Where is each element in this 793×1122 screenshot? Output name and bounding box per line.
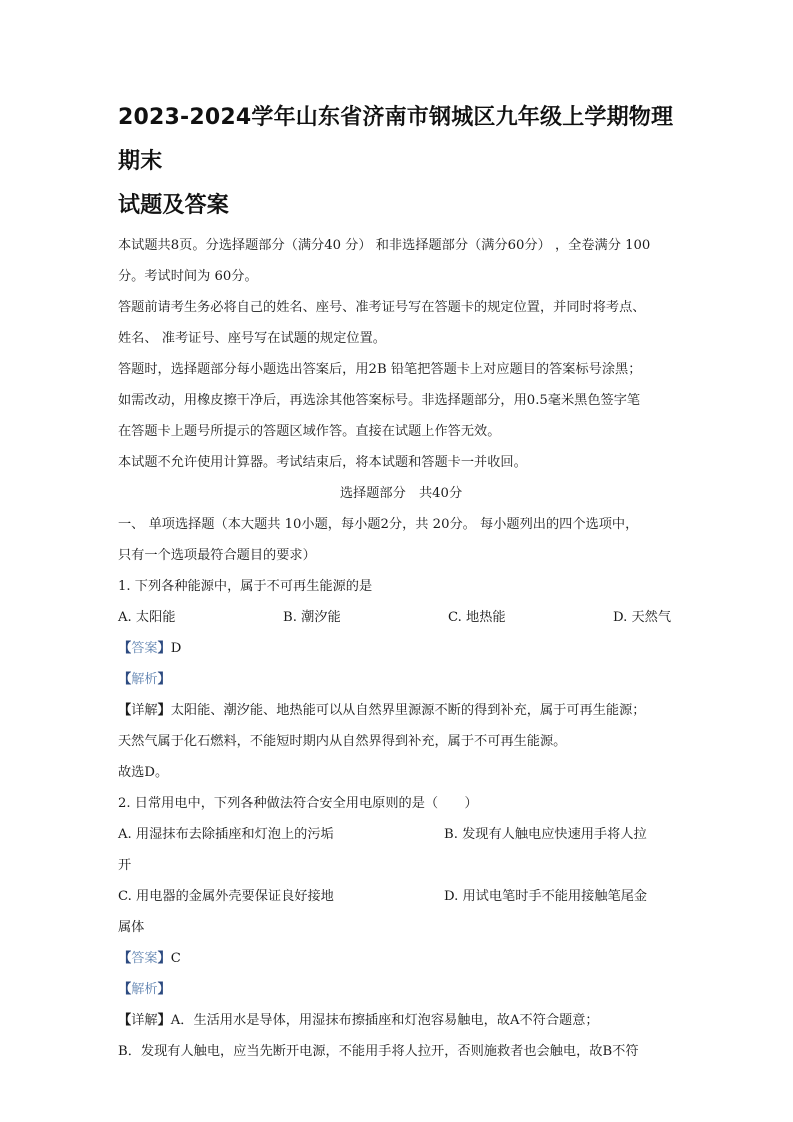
options-row: C. 用电器的金属外壳要保证良好接地 D. 用试电笔时手不能用接触笔尾金 — [118, 881, 684, 912]
answer-label: 答案 — [131, 951, 157, 966]
bracket-open: 【 — [118, 672, 131, 687]
bracket-open: 【 — [118, 641, 131, 656]
detail-line: 【详解】A．生活用水是导体，用湿抹布擦插座和灯泡容易触电，故A不符合题意； — [118, 1005, 684, 1036]
document-page: 2023-2024学年山东省济南市钢城区九年级上学期物理期末 试题及答案 本试题… — [118, 96, 684, 1067]
detail-line: 故选D。 — [118, 757, 684, 788]
options-row: A. 用湿抹布去除插座和灯泡上的污垢 B. 发现有人触电应快速用手将人拉 — [118, 819, 684, 850]
question-2: 2. 日常用电中，下列各种做法符合安全用电原则的是（ ） A. 用湿抹布去除插座… — [118, 788, 684, 1067]
option-a: A. 用湿抹布去除插座和灯泡上的污垢 — [118, 819, 444, 850]
option-c: C. 地热能 — [448, 602, 613, 633]
analysis-line: 【解析】 — [118, 664, 684, 695]
instruction-line: 在答题卡上题号所提示的答题区域作答。直接在试题上作答无效。 — [118, 416, 684, 447]
instruction-line: 本试题共8页。分选择题部分（满分40 分） 和非选择题部分（满分60分） ，全卷… — [118, 230, 684, 261]
option-d: D. 用试电笔时手不能用接触笔尾金 — [444, 881, 684, 912]
answer-line: 【答案】C — [118, 943, 684, 974]
detail-text: A．生活用水是导体，用湿抹布擦插座和灯泡容易触电，故A不符合题意； — [171, 1013, 599, 1028]
title-line-1: 2023-2024学年山东省济南市钢城区九年级上学期物理期末 — [118, 105, 673, 174]
bracket-close: 】 — [158, 703, 171, 718]
title-line-2: 试题及答案 — [118, 193, 229, 218]
answer-line: 【答案】D — [118, 633, 684, 664]
option-b: B. 发现有人触电应快速用手将人拉 — [444, 819, 684, 850]
question-stem: 2. 日常用电中，下列各种做法符合安全用电原则的是（ ） — [118, 788, 684, 819]
bracket-close: 】 — [158, 1013, 171, 1028]
analysis-line: 【解析】 — [118, 974, 684, 1005]
bracket-open: 【 — [118, 982, 131, 997]
part-heading-line-2: 只有一个选项最符合题目的要求） — [118, 540, 684, 571]
option-d: D. 天然气 — [613, 602, 684, 633]
bracket-open: 【 — [118, 703, 131, 718]
answer-value: C — [171, 951, 181, 966]
question-1: 1. 下列各种能源中，属于不可再生能源的是 A. 太阳能 B. 潮汐能 C. 地… — [118, 571, 684, 788]
instruction-line: 答题前请考生务必将自己的姓名、座号、准考证号写在答题卡的规定位置，并同时将考点、 — [118, 292, 684, 323]
instruction-line: 分。考试时间为 60分。 — [118, 261, 684, 292]
option-b: B. 潮汐能 — [283, 602, 448, 633]
bracket-close: 】 — [158, 641, 171, 656]
section-heading: 选择题部分 共40分 — [118, 478, 684, 509]
answer-label: 答案 — [131, 641, 157, 656]
detail-line: 天然气属于化石燃料，不能短时期内从自然界得到补充，属于不可再生能源。 — [118, 726, 684, 757]
option-b-wrap: 开 — [118, 850, 684, 881]
option-d-wrap: 属体 — [118, 912, 684, 943]
detail-line: 【详解】太阳能、潮汐能、地热能可以从自然界里源源不断的得到补充，属于可再生能源； — [118, 695, 684, 726]
document-title: 2023-2024学年山东省济南市钢城区九年级上学期物理期末 试题及答案 — [118, 96, 684, 228]
instruction-line: 本试题不允许使用计算器。考试结束后，将本试题和答题卡一并收回。 — [118, 447, 684, 478]
instruction-line: 如需改动，用橡皮擦干净后，再选涂其他答案标号。非选择题部分，用0.5毫米黑色签字… — [118, 385, 684, 416]
exam-instructions: 本试题共8页。分选择题部分（满分40 分） 和非选择题部分（满分60分） ，全卷… — [118, 230, 684, 478]
detail-label-text: 详解 — [131, 703, 157, 718]
question-stem: 1. 下列各种能源中，属于不可再生能源的是 — [118, 571, 684, 602]
detail-label: 【详解】 — [118, 703, 171, 718]
option-c: C. 用电器的金属外壳要保证良好接地 — [118, 881, 444, 912]
bracket-open: 【 — [118, 1013, 131, 1028]
part-heading-line-1: 一、 单项选择题（本大题共 10小题，每小题2分，共 20分。 每小题列出的四个… — [118, 509, 684, 540]
option-a: A. 太阳能 — [118, 602, 283, 633]
bracket-close: 】 — [158, 982, 171, 997]
options-row: A. 太阳能 B. 潮汐能 C. 地热能 D. 天然气 — [118, 602, 684, 633]
instruction-line: 答题时，选择题部分每小题选出答案后，用2B 铅笔把答题卡上对应题目的答案标号涂黑… — [118, 354, 684, 385]
analysis-label: 解析 — [131, 982, 157, 997]
detail-label-text: 详解 — [131, 1013, 157, 1028]
bracket-close: 】 — [158, 672, 171, 687]
bracket-close: 】 — [158, 951, 171, 966]
answer-value: D — [171, 641, 182, 656]
bracket-open: 【 — [118, 951, 131, 966]
detail-text: 太阳能、潮汐能、地热能可以从自然界里源源不断的得到补充，属于可再生能源； — [171, 703, 646, 718]
instruction-line: 姓名、 准考证号、座号写在试题的规定位置。 — [118, 323, 684, 354]
detail-line: B．发现有人触电，应当先断开电源，不能用手将人拉开，否则施救者也会触电，故B不符 — [118, 1036, 684, 1067]
detail-label: 【详解】 — [118, 1013, 171, 1028]
analysis-label: 解析 — [131, 672, 157, 687]
